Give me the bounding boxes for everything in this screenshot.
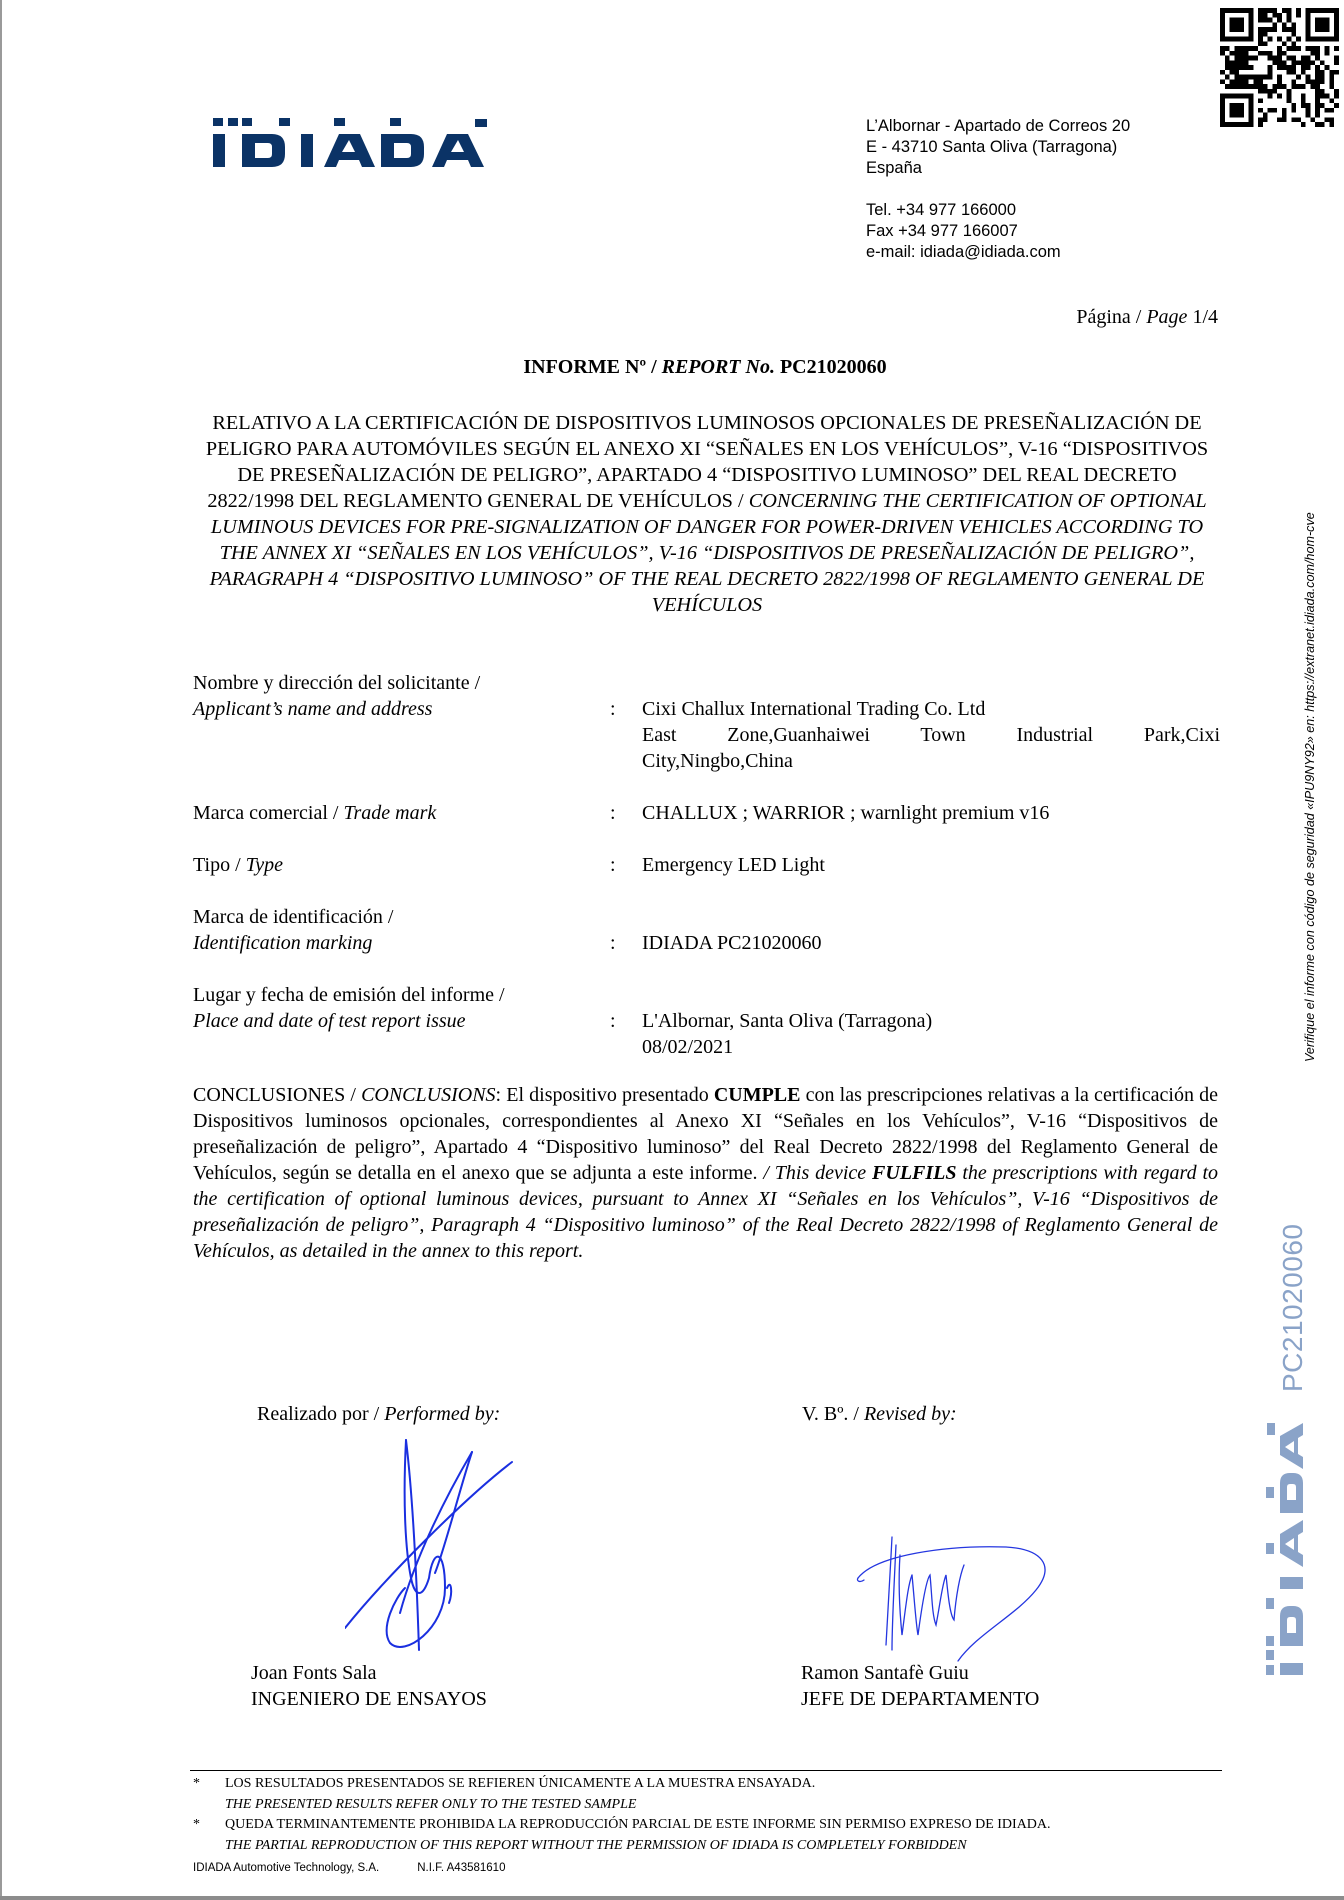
applicant-address-line: East Zone,Guanhaiwei Town Industrial Par… [642,722,1220,748]
field-value: Emergency LED Light [642,852,1220,878]
label-es: Marca de identificación / [193,904,593,930]
label-es: V. Bº. / [802,1403,864,1425]
address-line: España [866,158,1130,179]
signatory-name: Ramon Santafè Guiu [801,1660,1039,1686]
label-es: Tipo / [193,854,246,876]
field-value: CHALLUX ; WARRIOR ; warnlight premium v1… [642,800,1220,826]
bullet-icon: * [193,1774,200,1795]
signatory-role: INGENIERO DE ENSAYOS [251,1686,487,1712]
label-en: Revised by: [864,1403,957,1425]
address-line: L’Albornar - Apartado de Correos 20 [866,116,1130,137]
footer-note: * QUEDA TERMINANTEMENTE PROHIBIDA LA REP… [193,1815,1223,1856]
signature-ramon-santafe [856,1535,1052,1668]
signatory-role: JEFE DE DEPARTAMENTO [801,1686,1039,1712]
side-report-code: PC21020060 [1281,1224,1305,1392]
note-es: QUEDA TERMINANTEMENTE PROHIBIDA LA REPRO… [225,1815,1223,1836]
report-title-es: INFORME Nº / [523,356,661,378]
field-trademark: Marca comercial / Trade mark : CHALLUX ;… [193,800,1218,826]
idiada-logo [213,118,487,168]
field-value: L'Albornar, Santa Oliva (Tarragona) 08/0… [642,1008,1220,1060]
report-fields: Nombre y dirección del solicitante / App… [193,670,1218,1086]
report-number: PC21020060 [780,356,887,378]
email-line: e-mail: idiada@idiada.com [866,242,1130,263]
conclusions-label-es: CONCLUSIONES / [193,1084,361,1106]
company-address: L’Albornar - Apartado de Correos 20 E - … [866,116,1130,263]
qr-code-icon [1220,8,1339,127]
label-en: Identification marking [193,932,372,954]
footer-company: IDIADA Automotive Technology, S.A.N.I.F.… [193,1862,505,1874]
label-en: Performed by: [384,1403,500,1425]
signatory-name: Joan Fonts Sala [251,1660,487,1686]
conclusions-text: : El dispositivo presentado [496,1084,714,1106]
phone-line: Tel. +34 977 166000 [866,200,1130,221]
verification-notice: Verifique el informe con código de segur… [1303,512,1317,1062]
conclusions-label-en: CONCLUSIONS [361,1084,495,1106]
page-border-bottom [0,1896,1344,1900]
applicant-address-line: City,Ningbo,China [642,748,1220,774]
conclusions: CONCLUSIONES / CONCLUSIONS: El dispositi… [193,1082,1218,1264]
colon: : [610,930,616,956]
label-es: Nombre y dirección del solicitante / [193,670,593,696]
field-place-date: Lugar y fecha de emisión del informe / P… [193,982,1218,1060]
signature-joan-fonts [345,1438,515,1665]
issue-date: 08/02/2021 [642,1034,1220,1060]
revised-by-label: V. Bº. / Revised by: [802,1401,957,1427]
report-title: INFORME Nº / REPORT No. PC21020060 [0,356,1344,379]
report-subject: RELATIVO A LA CERTIFICACIÓN DE DISPOSITI… [196,410,1218,618]
page-label-en: Page [1146,306,1187,328]
fax-line: Fax +34 977 166007 [866,221,1130,242]
footer-notes: * LOS RESULTADOS PRESENTADOS SE REFIEREN… [193,1774,1223,1856]
verdict-es: CUMPLE [714,1084,801,1106]
field-value: Cixi Challux International Trading Co. L… [642,696,1220,774]
field-label: Tipo / Type [193,852,593,878]
label-es: Realizado por / [257,1403,384,1425]
label-es: Marca comercial / [193,802,343,824]
page-label-es: Página / [1076,306,1146,328]
note-en: THE PRESENTED RESULTS REFER ONLY TO THE … [225,1797,636,1812]
footer-divider [190,1770,1222,1771]
report-title-en: REPORT No. [662,356,775,378]
revised-by-signatory: Ramon Santafè Guiu JEFE DE DEPARTAMENTO [801,1660,1039,1712]
page-number: Página / Page 1/4 [1076,306,1218,329]
address-line: E - 43710 Santa Oliva (Tarragona) [866,137,1130,158]
note-en: THE PARTIAL REPRODUCTION OF THIS REPORT … [225,1838,967,1853]
bullet-icon: * [193,1815,200,1836]
note-es: LOS RESULTADOS PRESENTADOS SE REFIEREN Ú… [225,1774,1223,1795]
page-number-value: 1/4 [1192,306,1218,328]
label-es: Lugar y fecha de emisión del informe / [193,982,593,1008]
company-name: IDIADA Automotive Technology, S.A. [193,1862,379,1874]
colon: : [610,696,616,722]
page-border-left [0,0,2,1900]
field-type: Tipo / Type : Emergency LED Light [193,852,1218,878]
field-label: Lugar y fecha de emisión del informe / P… [193,982,593,1034]
colon: : [610,800,616,826]
footer-note: * LOS RESULTADOS PRESENTADOS SE REFIEREN… [193,1774,1223,1815]
label-en: Applicant’s name and address [193,698,432,720]
applicant-name: Cixi Challux International Trading Co. L… [642,696,1220,722]
field-value: IDIADA PC21020060 [642,930,1220,956]
company-nif: N.I.F. A43581610 [417,1862,505,1874]
label-en: Place and date of test report issue [193,1010,466,1032]
field-applicant: Nombre y dirección del solicitante / App… [193,670,1218,748]
performed-by-label: Realizado por / Performed by: [257,1401,500,1427]
colon: : [610,1008,616,1034]
conclusions-text-en: / This device [758,1162,873,1184]
field-label: Marca comercial / Trade mark [193,800,593,826]
field-label: Marca de identificación / Identification… [193,904,593,956]
label-en: Trade mark [343,802,436,824]
field-identification: Marca de identificación / Identification… [193,904,1218,956]
field-label: Nombre y dirección del solicitante / App… [193,670,593,722]
colon: : [610,852,616,878]
performed-by-signatory: Joan Fonts Sala INGENIERO DE ENSAYOS [251,1660,487,1712]
issue-place: L'Albornar, Santa Oliva (Tarragona) [642,1008,1220,1034]
side-idiada-logo [1266,1423,1304,1675]
verdict-en: FULFILS [872,1162,956,1184]
label-en: Type [246,854,283,876]
